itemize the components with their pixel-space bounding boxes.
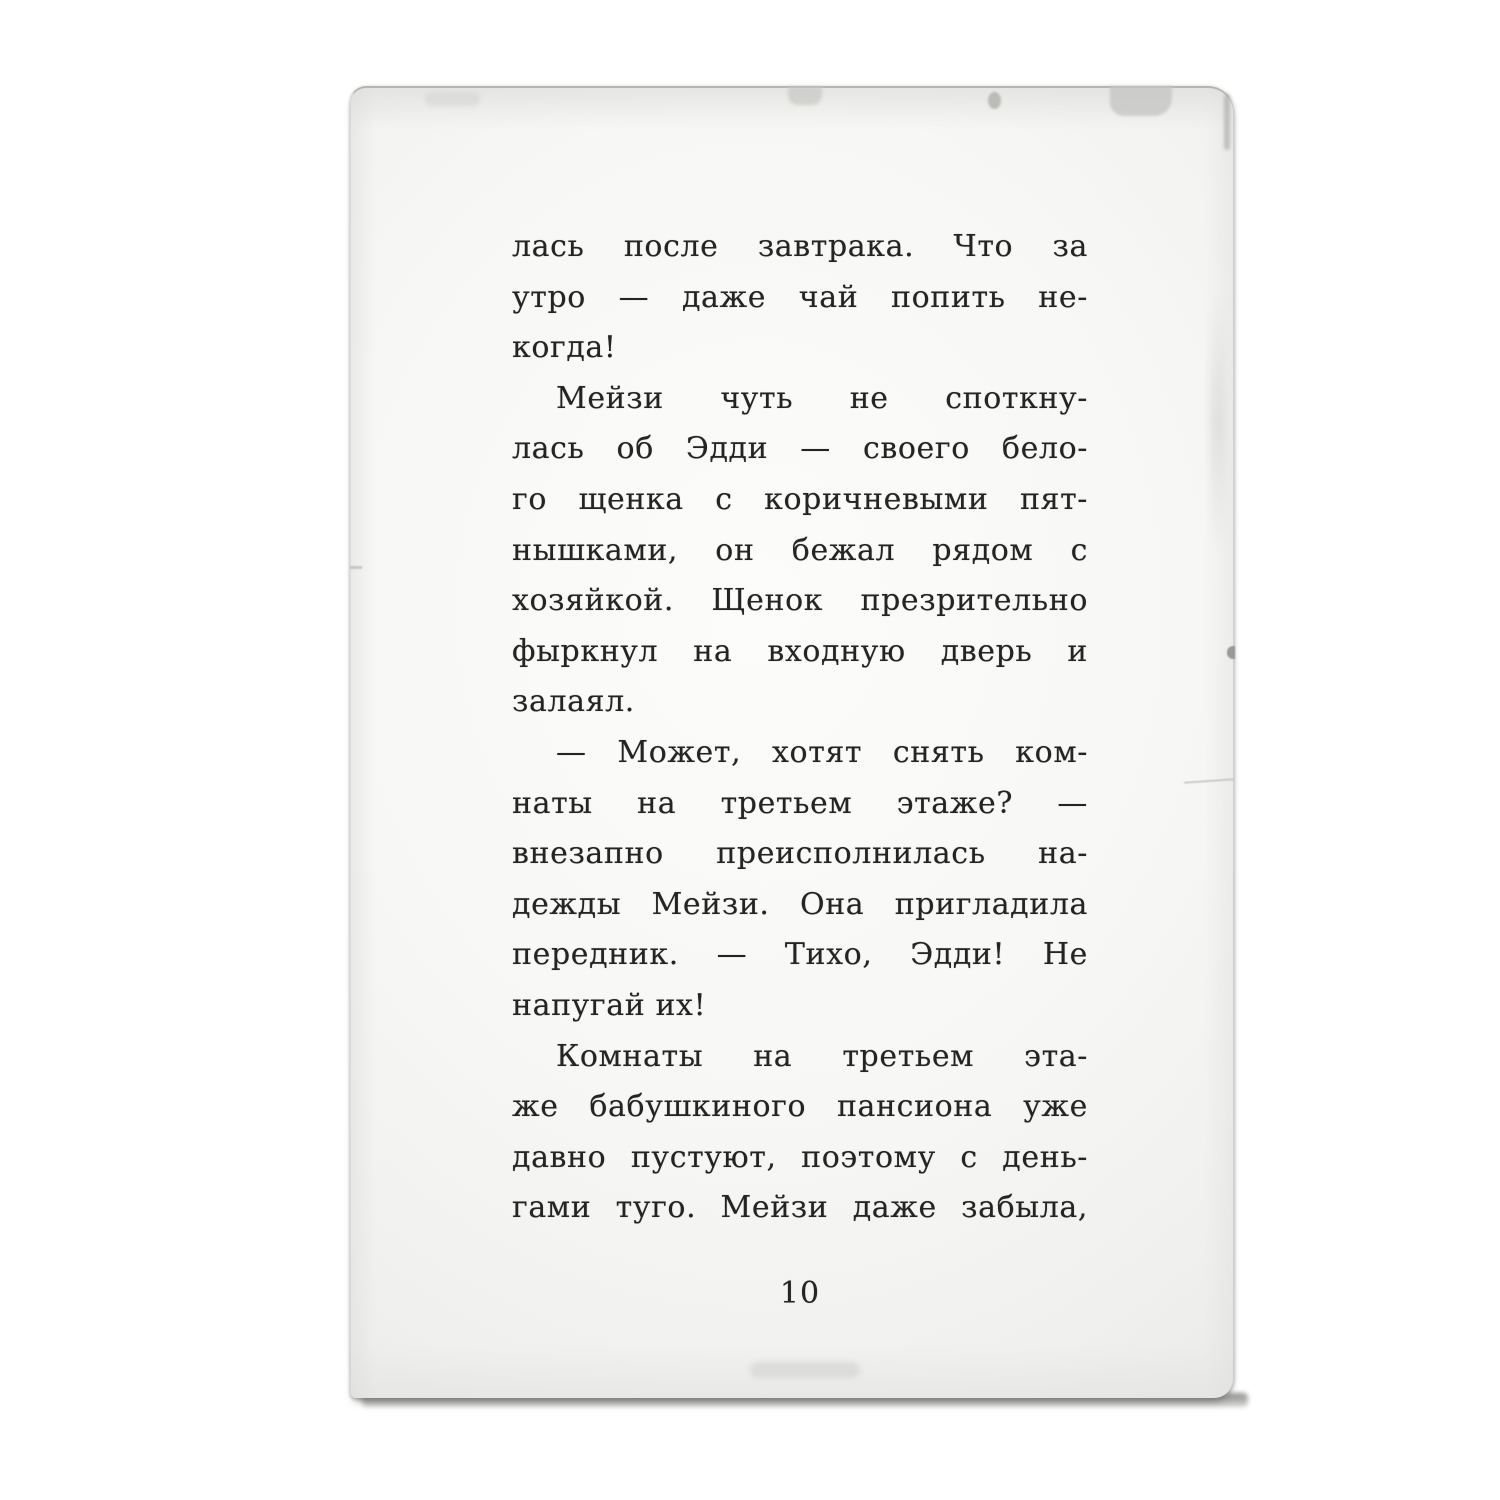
paper-stain — [988, 92, 1001, 109]
paper-edge-mark — [1227, 646, 1235, 659]
text-line: хозяйкой. Щенок презрительно — [512, 576, 1088, 627]
text-line: внезапно преисполнилась на- — [512, 829, 1088, 880]
text-line: го щенка с коричневыми пят- — [512, 475, 1088, 526]
paper-stain — [788, 87, 822, 105]
paper-stain — [1110, 86, 1172, 116]
paper-edge-mark — [1224, 94, 1230, 150]
paper-wrinkle — [1210, 296, 1226, 546]
page-number: 10 — [512, 1269, 1088, 1320]
text-line: Комнаты на третьем эта- — [512, 1032, 1088, 1083]
text-line: нышками, он бежал рядом с — [512, 526, 1088, 577]
text-line: напугай их! — [512, 981, 1088, 1032]
text-line: наты на третьем этаже? — — [512, 779, 1088, 830]
paper-edge-mark — [350, 566, 362, 569]
book-page-photo: лась после завтрака. Что заутро — даже ч… — [0, 0, 1500, 1500]
text-line: дежды Мейзи. Она пригладила — [512, 880, 1088, 931]
text-line: — Может, хотят снять ком- — [512, 728, 1088, 779]
book-page: лась после завтрака. Что заутро — даже ч… — [350, 86, 1234, 1398]
text-line: лась об Эдди — своего бело- — [512, 424, 1088, 475]
text-line: когда! — [512, 323, 1088, 374]
text-line: Мейзи чуть не споткну- — [512, 374, 1088, 425]
page-text: лась после завтрака. Что заутро — даже ч… — [512, 222, 1088, 1234]
text-line: давно пустуют, поэтому с день- — [512, 1133, 1088, 1184]
paper-stain — [750, 1362, 860, 1378]
paper-crack — [1184, 778, 1234, 783]
text-line: гами туго. Мейзи даже забыла, — [512, 1183, 1088, 1234]
text-line: фыркнул на входную дверь и — [512, 627, 1088, 678]
text-line: утро — даже чай попить не- — [512, 273, 1088, 324]
text-line: залаял. — [512, 677, 1088, 728]
text-line: передник. — Тихо, Эдди! Не — [512, 930, 1088, 981]
text-line: лась после завтрака. Что за — [512, 222, 1088, 273]
paper-stain — [425, 92, 480, 106]
text-line: же бабушкиного пансиона уже — [512, 1082, 1088, 1133]
